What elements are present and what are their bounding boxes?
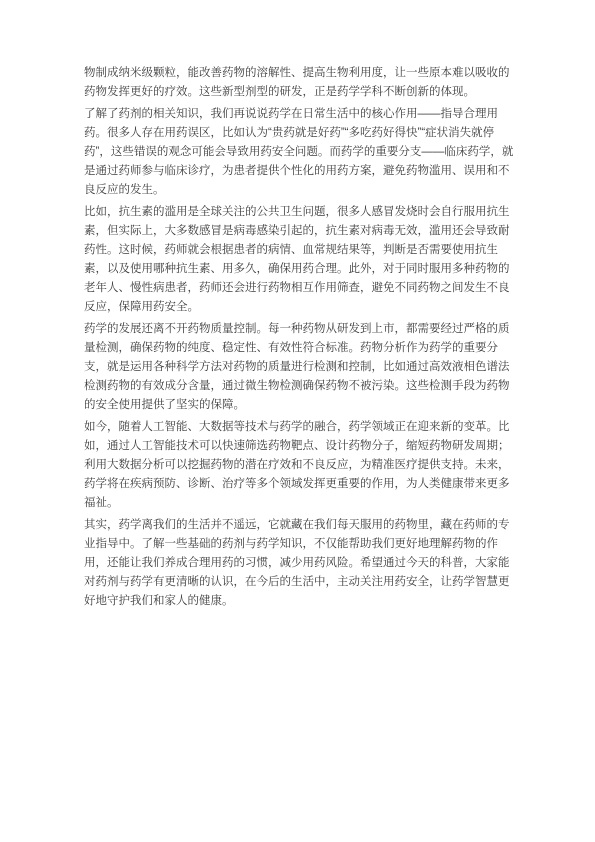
- text-line: 药学的发展还离不开药物质量控制。每一种药物从研发到上市，都需要经过严格的质: [84, 320, 515, 339]
- text-line: 好地守护我们和家人的健康。: [84, 592, 515, 611]
- paragraph: 其实，药学离我们的生活并不遥远，它就藏在我们每天服用的药物里，藏在药师的专业指导…: [84, 516, 515, 611]
- text-line: 对药剂与药学有更清晰的认识，在今后的生活中，主动关注用药安全，让药学智慧更: [84, 573, 515, 592]
- text-line: 如，通过人工智能技术可以快速筛选药物靶点、设计药物分子，缩短药物研发周期；: [84, 437, 515, 456]
- document-body: 物制成纳米级颗粒，能改善药物的溶解性、提高生物利用度，让一些原本难以吸收的药物发…: [84, 64, 515, 611]
- paragraph: 了解了药剂的相关知识，我们再说说药学在日常生活中的核心作用——指导合理用药。很多…: [84, 105, 515, 200]
- text-line: 福祉。: [84, 494, 515, 513]
- text-line: 是通过药师参与临床诊疗，为患者提供个性化的用药方案，避免药物滥用、误用和不: [84, 162, 515, 181]
- text-line: 药物发挥更好的疗效。这些新型剂型的研发，正是药学学科不断创新的体现。: [84, 83, 515, 102]
- text-line: 素，但实际上，大多数感冒是病毒感染引起的，抗生素对病毒无效，滥用还会导致耐: [84, 222, 515, 241]
- paragraph: 比如，抗生素的滥用是全球关注的公共卫生问题，很多人感冒发烧时会自行服用抗生素，但…: [84, 203, 515, 317]
- text-line: 药性。这时候，药师就会根据患者的病情、血常规结果等，判断是否需要使用抗生: [84, 241, 515, 260]
- text-line: 量检测，确保药物的纯度、稳定性、有效性符合标准。药物分析作为药学的重要分: [84, 339, 515, 358]
- text-line: 比如，抗生素的滥用是全球关注的公共卫生问题，很多人感冒发烧时会自行服用抗生: [84, 203, 515, 222]
- paragraph: 药学的发展还离不开药物质量控制。每一种药物从研发到上市，都需要经过严格的质量检测…: [84, 320, 515, 415]
- text-line: 支，就是运用各种科学方法对药物的质量进行检测和控制，比如通过高效液相色谱法: [84, 358, 515, 377]
- text-line: 用，还能让我们养成合理用药的习惯，减少用药风险。希望通过今天的科普，大家能: [84, 554, 515, 573]
- text-line: 利用大数据分析可以挖掘药物的潜在疗效和不良反应，为精准医疗提供支持。未来，: [84, 456, 515, 475]
- paragraph: 物制成纳米级颗粒，能改善药物的溶解性、提高生物利用度，让一些原本难以吸收的药物发…: [84, 64, 515, 102]
- text-line: 了解了药剂的相关知识，我们再说说药学在日常生活中的核心作用——指导合理用: [84, 105, 515, 124]
- text-line: 药。很多人存在用药误区，比如认为“贵药就是好药”“多吃药好得快”“症状消失就停: [84, 124, 515, 143]
- text-line: 如今，随着人工智能、大数据等技术与药学的融合，药学领域正在迎来新的变革。比: [84, 418, 515, 437]
- text-line: 业指导中。了解一些基础的药剂与药学知识，不仅能帮助我们更好地理解药物的作: [84, 535, 515, 554]
- text-line: 其实，药学离我们的生活并不遥远，它就藏在我们每天服用的药物里，藏在药师的专: [84, 516, 515, 535]
- text-line: 良反应的发生。: [84, 181, 515, 200]
- text-line: 药学将在疾病预防、诊断、治疗等多个领域发挥更重要的作用，为人类健康带来更多: [84, 475, 515, 494]
- paragraph: 如今，随着人工智能、大数据等技术与药学的融合，药学领域正在迎来新的变革。比如，通…: [84, 418, 515, 513]
- text-line: 检测药物的有效成分含量，通过微生物检测确保药物不被污染。这些检测手段为药物: [84, 377, 515, 396]
- text-line: 老年人、慢性病患者，药师还会进行药物相互作用筛查，避免不同药物之间发生不良: [84, 279, 515, 298]
- text-line: 药”，这些错误的观念可能会导致用药安全问题。而药学的重要分支——临床药学，就: [84, 143, 515, 162]
- document-page: 物制成纳米级颗粒，能改善药物的溶解性、提高生物利用度，让一些原本难以吸收的药物发…: [0, 0, 595, 842]
- text-line: 反应，保障用药安全。: [84, 298, 515, 317]
- text-line: 的安全使用提供了坚实的保障。: [84, 396, 515, 415]
- text-line: 素，以及使用哪种抗生素、用多久，确保用药合理。此外，对于同时服用多种药物的: [84, 260, 515, 279]
- text-line: 物制成纳米级颗粒，能改善药物的溶解性、提高生物利用度，让一些原本难以吸收的: [84, 64, 515, 83]
